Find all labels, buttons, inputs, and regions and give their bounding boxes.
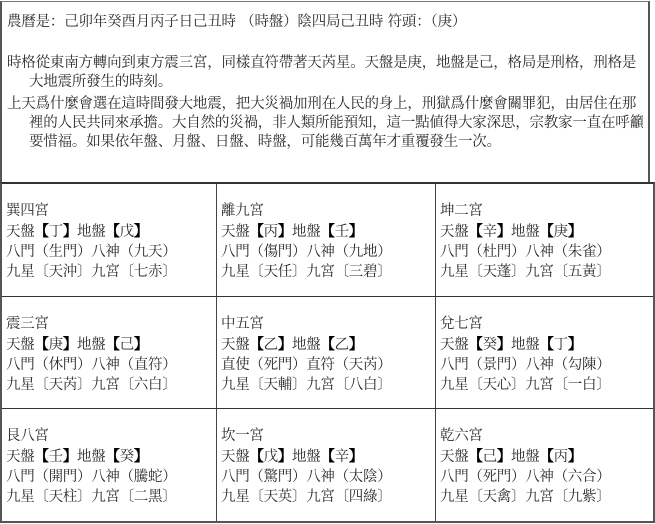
- heaven-earth-plate: 天盤【丙】地盤【壬】: [221, 222, 435, 242]
- intro-box: 農曆是：己卯年癸酉月丙子日己丑時 （時盤）陰四局己丑時 符頭：（庚） 時格從東南…: [0, 1, 650, 183]
- palace-name: 兌七宮: [440, 314, 653, 335]
- palace-qian6: 乾六宮 天盤【己】地盤【丙】 八門（死門）八神（六合） 九星〔天禽〕九宮〔九紫〕: [436, 409, 653, 521]
- palace-name: 坎一宮: [221, 426, 435, 447]
- door-god-line: 八門（杜門）八神（朱雀）: [440, 242, 653, 262]
- nine-palace-grid: 巽四宮 天盤【丁】地盤【戊】 八門（生門）八神（九天） 九星〔天沖〕九宮〔七赤〕…: [0, 182, 655, 523]
- star-palace-line: 九星〔天心〕九宮〔一白〕: [440, 375, 653, 395]
- paragraph-shige: 時格從東南方轉向到東方震三宮，同樣直符帶著天芮星。天盤是庚，地盤是己，格局是刑格…: [7, 54, 644, 92]
- star-palace-line: 九星〔天蓬〕九宮〔五黃〕: [440, 262, 653, 282]
- door-god-line: 八門（死門）八神（六合）: [440, 467, 653, 487]
- star-palace-line: 九星〔天任〕九宮〔三碧〕: [221, 262, 435, 282]
- palace-name: 震三宮: [6, 314, 216, 335]
- heaven-earth-plate: 天盤【壬】地盤【癸】: [6, 447, 216, 467]
- palace-zhen3: 震三宮 天盤【庚】地盤【己】 八門（休門）八神（直符） 九星〔天芮〕九宮〔六白〕: [2, 297, 217, 409]
- heaven-earth-plate: 天盤【丁】地盤【戊】: [6, 222, 216, 242]
- star-palace-line: 九星〔天沖〕九宮〔七赤〕: [6, 262, 216, 282]
- star-palace-line: 九星〔天輔〕九宮〔八白〕: [221, 375, 435, 395]
- palace-name: 坤二宮: [440, 201, 653, 222]
- door-god-line: 八門（傷門）八神（九地）: [221, 242, 435, 262]
- star-palace-line: 九星〔天英〕九宮〔四綠〕: [221, 487, 435, 507]
- palace-gen8: 艮八宮 天盤【壬】地盤【癸】 八門（開門）八神（騰蛇） 九星〔天柱〕九宮〔二黑〕: [2, 409, 217, 521]
- palace-kun2: 坤二宮 天盤【辛】地盤【庚】 八門（杜門）八神（朱雀） 九星〔天蓬〕九宮〔五黃〕: [436, 184, 653, 297]
- door-god-line: 八門（生門）八神（九天）: [6, 242, 216, 262]
- heaven-earth-plate: 天盤【癸】地盤【丁】: [440, 335, 653, 355]
- star-palace-line: 九星〔天芮〕九宮〔六白〕: [6, 375, 216, 395]
- palace-name: 乾六宮: [440, 426, 653, 447]
- paragraph-earthquake: 上天爲什麼會選在這時間發大地震，把大災禍加刑在人民的身上，刑獄爲什麼會關罪犯，由…: [7, 95, 644, 152]
- palace-name: 巽四宮: [6, 201, 216, 222]
- palace-zhong5: 中五宮 天盤【乙】地盤【乙】 直使（死門）直符（天芮） 九星〔天輔〕九宮〔八白〕: [217, 297, 436, 409]
- door-god-line: 直使（死門）直符（天芮）: [221, 355, 435, 375]
- palace-li9: 離九宮 天盤【丙】地盤【壬】 八門（傷門）八神（九地） 九星〔天任〕九宮〔三碧〕: [217, 184, 436, 297]
- palace-name: 艮八宮: [6, 426, 216, 447]
- palace-name: 中五宮: [221, 314, 435, 335]
- star-palace-line: 九星〔天柱〕九宮〔二黑〕: [6, 487, 216, 507]
- door-god-line: 八門（驚門）八神（太陰）: [221, 467, 435, 487]
- palace-dui7: 兌七宮 天盤【癸】地盤【丁】 八門（景門）八神（勾陳） 九星〔天心〕九宮〔一白〕: [436, 297, 653, 409]
- door-god-line: 八門（休門）八神（直符）: [6, 355, 216, 375]
- door-god-line: 八門（開門）八神（騰蛇）: [6, 467, 216, 487]
- heaven-earth-plate: 天盤【庚】地盤【己】: [6, 335, 216, 355]
- palace-name: 離九宮: [221, 201, 435, 222]
- heaven-earth-plate: 天盤【乙】地盤【乙】: [221, 335, 435, 355]
- door-god-line: 八門（景門）八神（勾陳）: [440, 355, 653, 375]
- heaven-earth-plate: 天盤【戊】地盤【辛】: [221, 447, 435, 467]
- star-palace-line: 九星〔天禽〕九宮〔九紫〕: [440, 487, 653, 507]
- palace-kan1: 坎一宮 天盤【戊】地盤【辛】 八門（驚門）八神（太陰） 九星〔天英〕九宮〔四綠〕: [217, 409, 436, 521]
- lunar-date-header: 農曆是：己卯年癸酉月丙子日己丑時 （時盤）陰四局己丑時 符頭：（庚）: [7, 13, 466, 32]
- palace-xun4: 巽四宮 天盤【丁】地盤【戊】 八門（生門）八神（九天） 九星〔天沖〕九宮〔七赤〕: [2, 184, 217, 297]
- heaven-earth-plate: 天盤【己】地盤【丙】: [440, 447, 653, 467]
- heaven-earth-plate: 天盤【辛】地盤【庚】: [440, 222, 653, 242]
